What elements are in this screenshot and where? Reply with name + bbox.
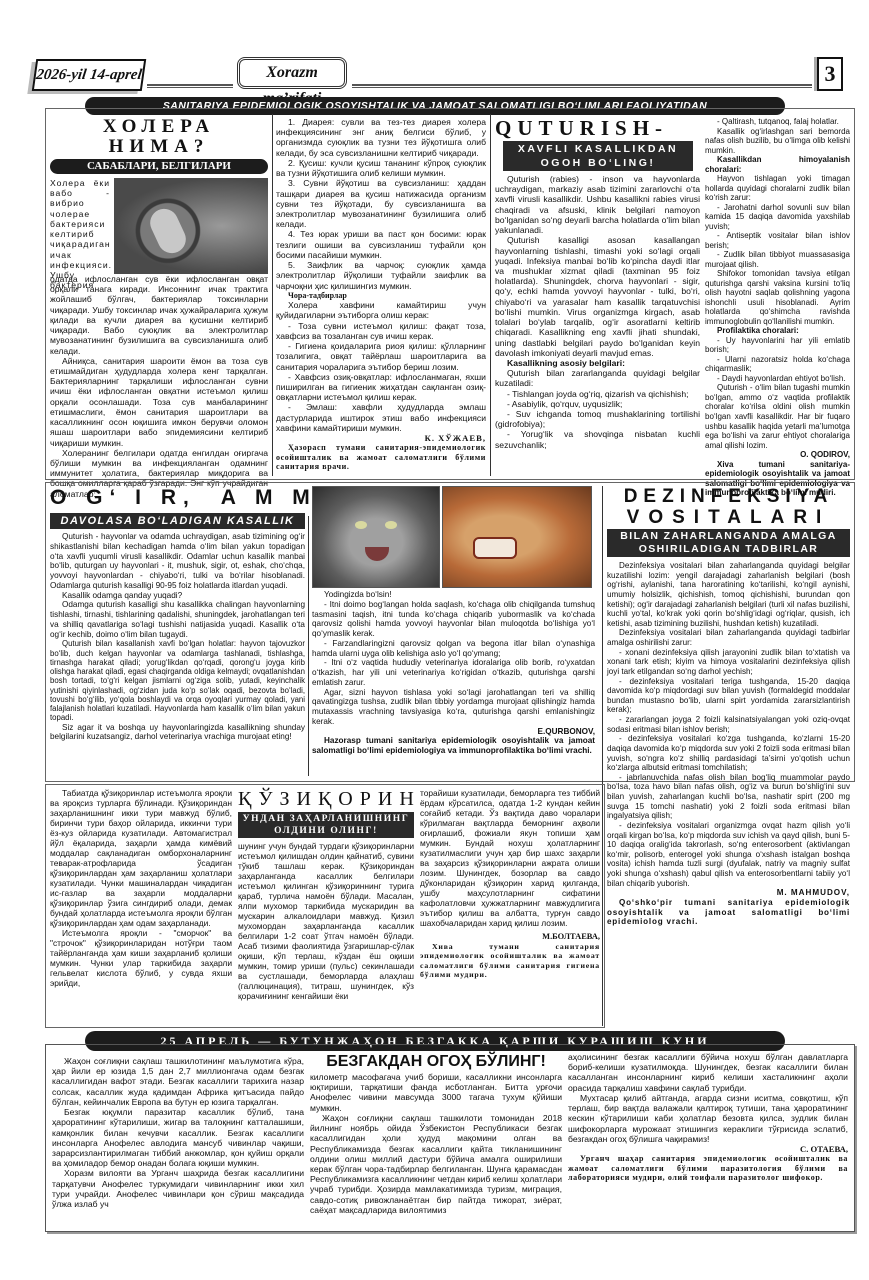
prof-item: - Daydi hayvonlardan ehtiyot bo‘lish.: [705, 374, 850, 384]
rabies-title: QUTURISH-: [495, 117, 700, 139]
paragraph: Quturish - hayvonlar va odamda uchraydig…: [50, 532, 305, 591]
rabies2-article: O G‘ I R, A M M O DAVOLASA BO‘LADIGAN KA…: [50, 486, 595, 778]
malaria-column-2: БЕЗГАКДАН ОГОҲ БЎЛИНГ! километр масофага…: [310, 1052, 562, 1215]
masthead: 2026-yil 14-aprel Xorazm ma’rifati 3: [32, 55, 869, 95]
cholera-symptoms-column: 1. Диарея: сувли ва тез-тез диарея холер…: [276, 117, 486, 472]
step-item: - zararlangan joyga 2 foizli kalsinatsiy…: [607, 715, 850, 734]
rule: [352, 84, 812, 88]
cholera-lead: Холера ёки вабо - вибрио чолерае бактери…: [50, 178, 110, 290]
paragraph: Dezinfeksiya vositalari bilan zaharlanga…: [607, 628, 850, 647]
author-affiliation: Урганч шаҳар санитария эпидемиологик осо…: [568, 1154, 848, 1183]
sign-item: - Suv ichganda tomoq mushaklarining tort…: [495, 409, 700, 429]
tip-item: - Itni o‘z vaqtida hududiy veterinariya …: [312, 658, 595, 687]
cat-photo: [312, 486, 440, 588]
author-name: М.БОЛТАЕВА,: [420, 932, 600, 942]
bacteria-image: [114, 178, 268, 274]
paragraph: Quturish (rabies) - inson va hayvonlarda…: [495, 174, 700, 235]
remember-heading: Yodingizda bo‘lsin!: [312, 590, 595, 600]
paragraph: Жаҳон соғлиқни сақлаш ташкилотининг маъл…: [52, 1056, 304, 1107]
paragraph: километр масофагача учиб бориши, касалли…: [310, 1072, 562, 1113]
cat-eye: [355, 521, 367, 529]
sign-item: - Tishlangan joyda og‘riq, qizarish va q…: [495, 389, 700, 399]
dog-photo: [442, 486, 592, 588]
rule: [147, 84, 233, 88]
symptom-item: 1. Диарея: сувли ва тез-тез диарея холер…: [276, 117, 486, 158]
protect-item: - Zudlik bilan tibbiyot muassasasiga mur…: [705, 250, 850, 269]
signs-heading: Kasallikning asosiy belgilari:: [495, 358, 700, 368]
dog-teeth: [473, 537, 517, 559]
cholera-article: ХОЛЕРА НИМА? САБАБЛАРИ, БЕЛГИЛАРИ Холера…: [50, 117, 268, 477]
mushroom-column-3: торайиши кузатилади, беморларга тез тибб…: [420, 788, 600, 979]
symptom-item: 3. Сувни йўқотиш ва сувсизланиш: ҳаддан …: [276, 178, 486, 229]
tip-item: - Itni doimo bog‘langan holda saqlash, k…: [312, 600, 595, 639]
step-item: - jabrlanuvchida nafas olish bilan bog‘l…: [607, 773, 850, 821]
author-name: M. MAHMUDOV,: [607, 888, 850, 898]
protect-heading: Kasallikdan himoyalanish choralari:: [705, 155, 850, 174]
paragraph: торайиши кузатилади, беморларга тез тибб…: [420, 788, 600, 928]
disinfection-article: DEZINFEKSIYA VOSITALARI BILAN ZAHARLANGA…: [607, 486, 850, 927]
measures-heading: Чора-тадбирлар: [276, 291, 486, 301]
paragraph: Quturish bilan kasallanish xavfi bo‘lgan…: [50, 639, 305, 722]
issue-date: 2026-yil 14-aprel: [32, 59, 146, 91]
disinfection-title-2: VOSITALARI: [607, 507, 850, 528]
symptom-item: 5. Заифлик ва чарчоқ: суюқлик ҳамда элек…: [276, 260, 486, 291]
rabies2-title: O G‘ I R, A M M O: [50, 486, 305, 510]
sign-item: - Asabiylik, qo‘rquv, uyqusizlik;: [495, 399, 700, 409]
measures-intro: Холера хавфини камайтириш учун қуйидагил…: [276, 300, 486, 320]
rabies-subtitle: XAVFLI KASALLIKDAN OGOH BO‘LING!: [503, 141, 693, 171]
measure-item: - Гигиена қоидаларига риоя қилиш: қўллар…: [276, 341, 486, 372]
paragraph: Shifokor tomonidan tavsiya etilgan qutur…: [705, 269, 850, 326]
protect-item: - Jarohatni darhol sovunli suv bilan kam…: [705, 203, 850, 232]
symptom-item: 2. Қусиш: кучли қусиш тананинг кўпроқ су…: [276, 158, 486, 178]
author-name: К. ХЎЖАЕВ,: [276, 433, 486, 443]
paragraph: Quturish - o‘lim bilan tugashi mumkin bo…: [705, 383, 850, 450]
paragraph: Agar, sizni hayvon tishlasa yoki so‘lagi…: [312, 688, 595, 727]
rabies2-subtitle: DAVOLASA BO‘LADIGAN KASALLIK: [50, 513, 305, 529]
author-affiliation: Hazorasp tumani sanitariya epidemiologik…: [312, 736, 595, 756]
malaria-column-1: Жаҳон соғлиқни сақлаш ташкилотининг маъл…: [52, 1056, 304, 1209]
sign-item: - Yorug‘lik va shovqinga nisbatan kuchli…: [495, 429, 700, 449]
step-item: - dezinfeksiya vositalari teriga tushgan…: [607, 677, 850, 716]
paragraph: шунинг учун бундай турдаги қўзиқоринларн…: [238, 841, 414, 1001]
paragraph: Kasallik og‘irlashgan sari bemorda nafas…: [705, 127, 850, 156]
author-affiliation: Qo‘shko‘pir tumani sanitariya epidemiolo…: [607, 898, 850, 927]
disinfection-subtitle: BILAN ZAHARLANGANDA AMALGA OSHIRILADIGAN…: [607, 529, 850, 557]
paragraph: Айниқса, санитария шароити ёмон ва тоза …: [50, 356, 268, 448]
paragraph: Истеъмолга яроқли - "сморчок" ва "строчо…: [50, 928, 232, 988]
step-item: - dezinfeksiya vositalari ko‘zga tushgan…: [607, 734, 850, 773]
cholera-title: ХОЛЕРА НИМА?: [50, 117, 268, 157]
bacterium-shape: [146, 204, 191, 258]
column-divider: [490, 114, 491, 476]
author-name: E.QURBONOV,: [312, 727, 595, 737]
cat-eye: [385, 521, 397, 529]
author-name: O. QODIROV,: [705, 450, 850, 460]
page-number: 3: [817, 57, 843, 91]
mushroom-title: ҚЎЗИҚОРИН: [238, 788, 414, 810]
column-divider: [308, 516, 309, 776]
author-name: С. ОТАЕВА,: [568, 1144, 848, 1154]
prof-item: - Uy hayvonlarini har yili emlatib boris…: [705, 336, 850, 355]
newspaper-name: Xorazm ma’rifati: [237, 57, 347, 89]
tip-item: - Farzandlaringizni qarovsiz qolgan va b…: [312, 639, 595, 659]
protect-item: - Antiseptik vositalar bilan ishlov beri…: [705, 231, 850, 250]
signs-intro: Quturish bilan zararlanganda quyidagi be…: [495, 368, 700, 388]
sign-item: - Qaltirash, tutqanoq, falaj holatlar.: [705, 117, 850, 127]
measure-item: - Эмлаш: хавфли ҳудудларда эмлаш дастурл…: [276, 402, 486, 433]
paragraph: Табиатда қўзиқоринлар истеъмолга яроқли …: [50, 788, 232, 928]
symptom-item: 4. Тез юрак уриши ва паст қон босими: юр…: [276, 229, 486, 260]
protect-intro: Hayvon tishlagan yoki timagan hollarda q…: [705, 174, 850, 203]
prof-heading: Profilaktika choralari:: [705, 326, 850, 336]
malaria-title: БЕЗГАКДАН ОГОҲ БЎЛИНГ!: [310, 1052, 562, 1072]
cat-mouth: [365, 547, 389, 561]
column-divider: [272, 114, 273, 476]
paragraph: Мухтасар қилиб айтганда, агарда сизни ис…: [568, 1093, 848, 1144]
mushroom-column-2: ҚЎЗИҚОРИН УНДАН ЗАҲАРЛАНИШНИНГ ОЛДИНИ ОЛ…: [238, 788, 414, 1001]
prof-item: - Ularni nazoratsiz holda ko‘chaga chiqa…: [705, 355, 850, 374]
step-item: - xonani dezinfeksiya qilish jarayonini …: [607, 648, 850, 677]
measure-item: - Хавфсиз озиқ-овқатлар: ифлосланмаган, …: [276, 372, 486, 403]
paragraph: Siz agar it va boshqa uy hayvonlaringizd…: [50, 723, 305, 743]
mushroom-subtitle: УНДАН ЗАҲАРЛАНИШНИНГ ОЛДИНИ ОЛИНГ!: [238, 812, 414, 838]
measure-item: - Тоза сувни истеъмол қилиш: фақат тоза,…: [276, 321, 486, 341]
paragraph: Жаҳон соғлиқни сақлаш ташкилоти томонида…: [310, 1113, 562, 1215]
mushroom-column-1: Табиатда қўзиқоринлар истеъмолга яроқли …: [50, 788, 232, 988]
paragraph: Безгак юқумли паразитар касаллик бўлиб, …: [52, 1107, 304, 1168]
paragraph: Quturish kasalligi asosan kasallangan ha…: [495, 235, 700, 358]
paragraph: Dezinfeksiya vositalari bilan zaharlanga…: [607, 561, 850, 628]
paragraph: Хоразм вилояти ва Урганч шаҳрида безгак …: [52, 1168, 304, 1209]
disinfection-title-1: DEZINFEKSIYA: [607, 486, 850, 507]
paragraph: Odamga quturish kasalligi shu kasallikka…: [50, 600, 305, 639]
malaria-column-3: аҳолисининг безгак касаллиги бўйича ноxу…: [568, 1052, 848, 1183]
step-item: - dezinfeksiya vositalari organizmga ovq…: [607, 821, 850, 888]
cholera-subtitle: САБАБЛАРИ, БЕЛГИЛАРИ: [50, 159, 268, 174]
author-affiliation: Ҳазорасп тумани санитария-эпидемиологик …: [276, 443, 486, 472]
paragraph: аҳолисининг безгак касаллиги бўйича ноxу…: [568, 1052, 848, 1093]
question: Kasallik odamga qanday yuqadi?: [50, 591, 305, 601]
author-affiliation: Хива тумани санитария эпидемиологик осой…: [420, 942, 600, 979]
